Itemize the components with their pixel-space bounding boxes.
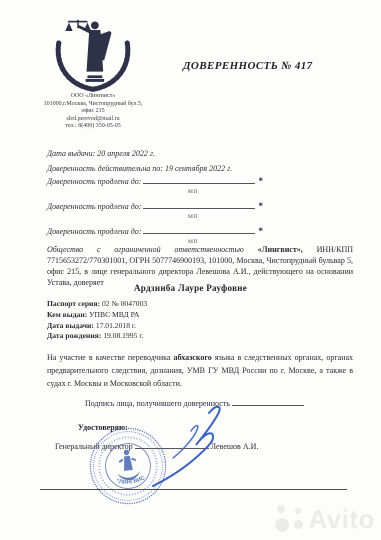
lady-justice-logo-icon — [46, 18, 140, 92]
issue-date-line: Дата выдачи: 20 апреля 2022 г. — [47, 149, 155, 158]
document-title: ДОВЕРЕННОСТЬ № 417 — [183, 60, 313, 72]
company-phone: тел.: 8(499) 350-05-05 — [16, 123, 170, 131]
grantor-paragraph: Общество с ограниченной ответственностью… — [47, 244, 353, 288]
grantor-company-name: «Лингвист», — [258, 245, 303, 254]
purpose-before: На участие в качестве переводчика — [47, 353, 170, 362]
extension-date-blank — [143, 226, 255, 234]
extension-row-2: Доверенность продлена до: * — [47, 201, 307, 211]
passport-issue-date-label: Дата выдачи: — [47, 321, 94, 330]
attorney-name: Ардзинба Лауре Рауфовне — [0, 283, 381, 293]
extension-label: Доверенность продлена до: — [47, 177, 141, 186]
passport-issuer-label: Кем выдан: — [47, 310, 87, 319]
extension-row-3: Доверенность продлена до: * — [47, 226, 307, 236]
extension-label: Доверенность продлена до: — [47, 227, 141, 236]
valid-until-line: Доверенность действительна по: 19 сентяб… — [47, 164, 232, 173]
purpose-language: абхазского — [174, 353, 212, 362]
bottom-horizontal-rule — [40, 489, 347, 490]
extension-row-1: Доверенность продлена до: * — [47, 176, 307, 186]
passport-birth-date-label: Дата рождения: — [47, 331, 101, 340]
passport-series-label: Паспорт серия: — [47, 299, 100, 308]
recipient-signature-blank — [232, 398, 304, 406]
stamp-place-abbr: МП — [188, 189, 198, 195]
passport-issuer-value: УПВС МВД РА — [89, 310, 139, 319]
stamp-place-abbr: МП — [188, 214, 198, 220]
passport-issue-date-row: Дата выдачи: 17.01.2018 г. — [47, 321, 147, 332]
passport-block: Паспорт серия: 02 № 0047003 Кем выдан: У… — [47, 299, 147, 342]
passport-birth-date-row: Дата рождения: 19.08.1995 г. — [47, 331, 147, 342]
passport-birth-date-value: 19.08.1995 г. — [103, 331, 143, 340]
avito-dots-icon — [275, 504, 305, 532]
grantor-intro: Общество с ограниченной ответственностью — [47, 245, 244, 254]
passport-issue-date-value: 17.01.2018 г. — [96, 321, 136, 330]
extension-asterisk: * — [258, 201, 263, 211]
company-info-block: ООО «Лингвист» 101000,г.Москва, Чистопру… — [16, 93, 170, 131]
director-ink-signature — [125, 403, 235, 493]
extension-date-blank — [143, 201, 255, 209]
scanned-document-page: ООО «Лингвист» 101000,г.Москва, Чистопру… — [0, 0, 381, 540]
avito-watermark: Avito — [275, 504, 375, 532]
extension-asterisk: * — [258, 226, 263, 236]
company-name: ООО «Лингвист» — [16, 93, 170, 101]
passport-series-value: 02 № 0047003 — [102, 299, 147, 308]
extension-date-blank — [143, 176, 255, 184]
extension-asterisk: * — [258, 176, 263, 186]
passport-series-row: Паспорт серия: 02 № 0047003 — [47, 299, 147, 310]
passport-issuer-row: Кем выдан: УПВС МВД РА — [47, 310, 147, 321]
avito-watermark-text: Avito — [308, 506, 375, 532]
purpose-paragraph: На участие в качестве переводчика абхазс… — [47, 352, 353, 390]
extension-label: Доверенность продлена до: — [47, 202, 141, 211]
company-address-line2: офис 215 — [16, 108, 170, 116]
